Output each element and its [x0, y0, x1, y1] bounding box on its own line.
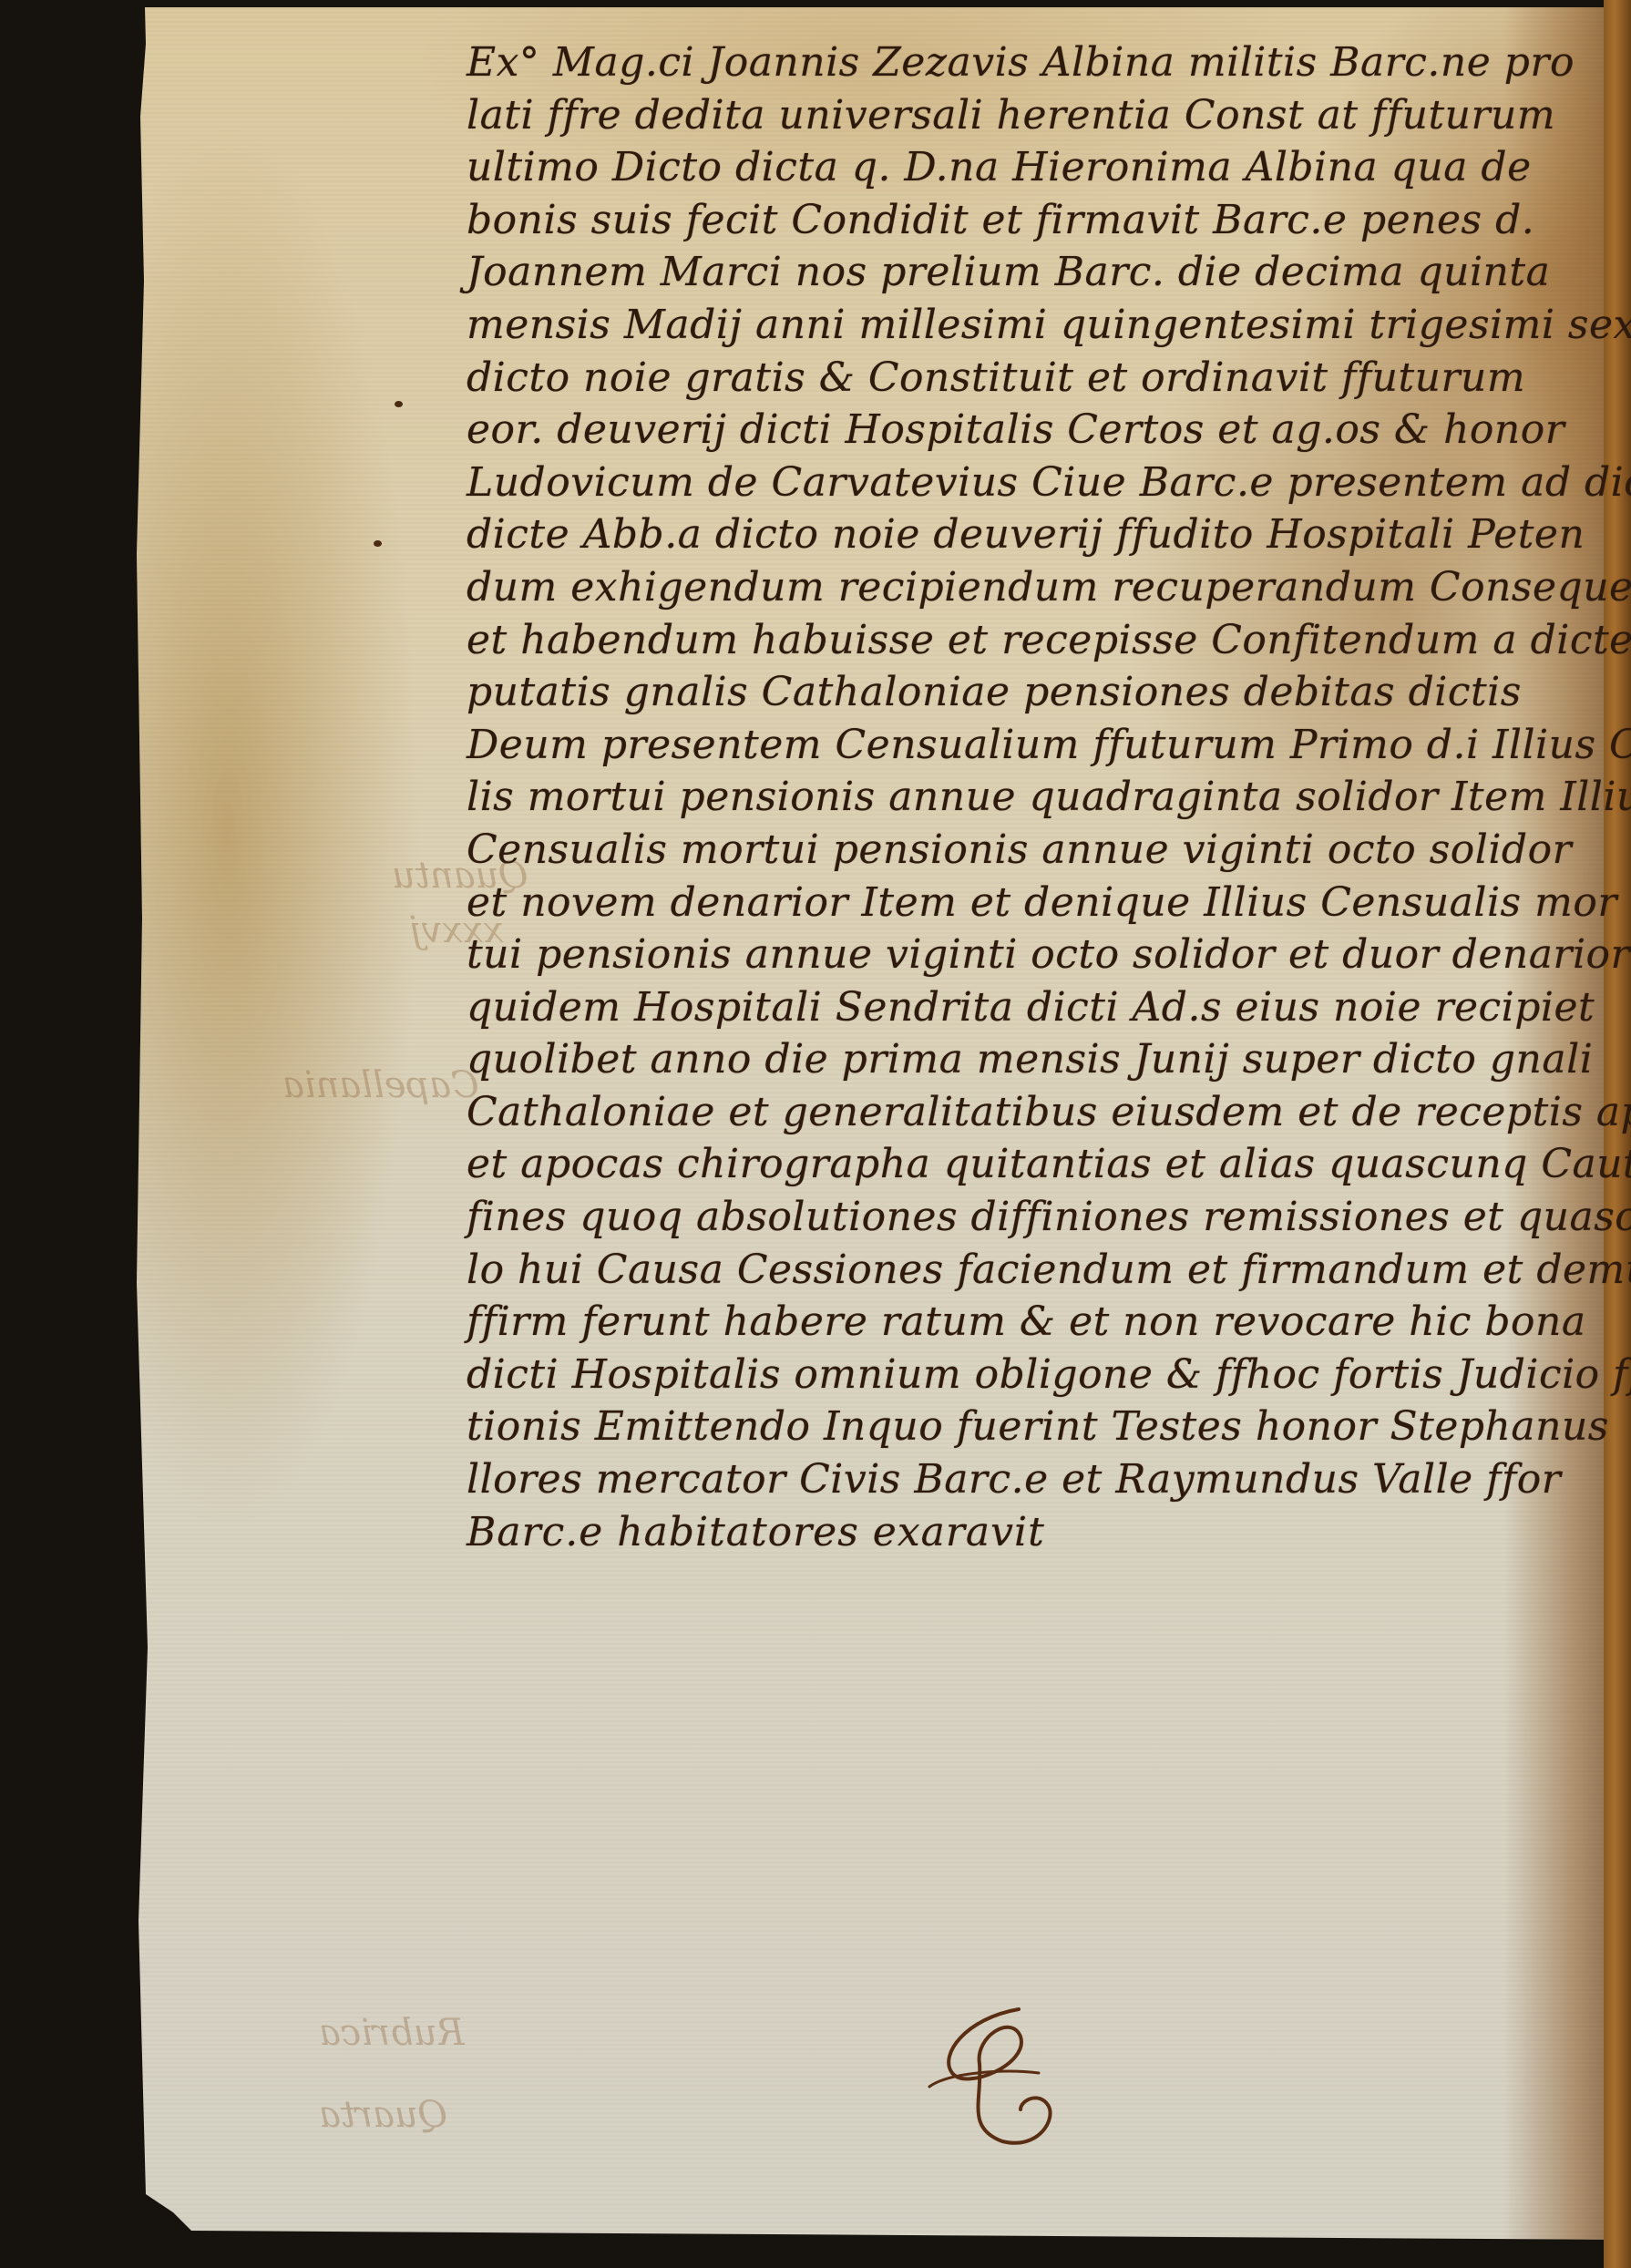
- manuscript-line: putatis gnalis Cathaloniae pensiones deb…: [467, 666, 1578, 719]
- manuscript-line: Ex° Mag.ci Joannis Zezavis Albina militi…: [467, 36, 1578, 89]
- manuscript-line: lo hui Causa Cessiones faciendum et firm…: [467, 1244, 1578, 1297]
- manuscript-line: dicti Hospitalis omnium obligone & ffhoc…: [467, 1349, 1578, 1401]
- bleed-through-text: Quarta: [319, 2094, 447, 2136]
- manuscript-line: tionis Emittendo Inquo fuerint Testes ho…: [467, 1401, 1578, 1453]
- manuscript-line: ultimo Dicto dicta q. D.na Hieronima Alb…: [467, 141, 1578, 194]
- manuscript-line: dum exhigendum recipiendum recuperandum …: [467, 561, 1578, 614]
- manuscript-line: Deum presentem Censualium ffuturum Primo…: [467, 719, 1578, 772]
- ink-blot: [395, 401, 403, 407]
- notarial-flourish-icon: [911, 2000, 1066, 2155]
- manuscript-text-block: Ex° Mag.ci Joannis Zezavis Albina militi…: [467, 36, 1578, 1558]
- manuscript-line: et apocas chirographa quitantias et alia…: [467, 1138, 1578, 1191]
- manuscript-line: lis mortui pensionis annue quadraginta s…: [467, 771, 1578, 824]
- manuscript-line: dicto noie gratis & Constituit et ordina…: [467, 352, 1578, 405]
- manuscript-line: fines quoq absolutiones diffiniones remi…: [467, 1191, 1578, 1244]
- manuscript-line: Joannem Marci nos prelium Barc. die deci…: [467, 246, 1578, 299]
- bleed-through-text: Rubrica: [319, 2012, 465, 2054]
- manuscript-line: Censualis mortui pensionis annue viginti…: [467, 824, 1578, 877]
- manuscript-line: quolibet anno die prima mensis Junij sup…: [467, 1033, 1578, 1086]
- ink-blot: [374, 540, 382, 547]
- manuscript-line: tui pensionis annue viginti octo solidor…: [467, 929, 1578, 981]
- manuscript-line: ffirm ferunt habere ratum & et non revoc…: [467, 1296, 1578, 1349]
- manuscript-line: eor. deuverij dicti Hospitalis Certos et…: [467, 404, 1578, 457]
- bleed-through-text: Capellania: [282, 1064, 479, 1106]
- manuscript-line: Cathaloniae et generalitatibus eiusdem e…: [467, 1086, 1578, 1139]
- manuscript-line: llores mercator Civis Barc.e et Raymundu…: [467, 1453, 1578, 1506]
- manuscript-line: Ludovicum de Carvatevius Ciue Barc.e pre…: [467, 457, 1578, 509]
- manuscript-line: Barc.e habitatores exaravit: [467, 1506, 1578, 1559]
- manuscript-line: dicte Abb.a dicto noie deuverij ffudito …: [467, 508, 1578, 561]
- manuscript-line: mensis Madij anni millesimi quingentesim…: [467, 299, 1578, 352]
- manuscript-line: bonis suis fecit Condidit et firmavit Ba…: [467, 194, 1578, 247]
- manuscript-line: et habendum habuisse et recepisse Confit…: [467, 614, 1578, 667]
- manuscript-line: quidem Hospitali Sendrita dicti Ad.s eiu…: [467, 981, 1578, 1034]
- manuscript-line: et novem denarior Item et denique Illius…: [467, 877, 1578, 929]
- manuscript-line: lati ffre dedita universali herentia Con…: [467, 89, 1578, 142]
